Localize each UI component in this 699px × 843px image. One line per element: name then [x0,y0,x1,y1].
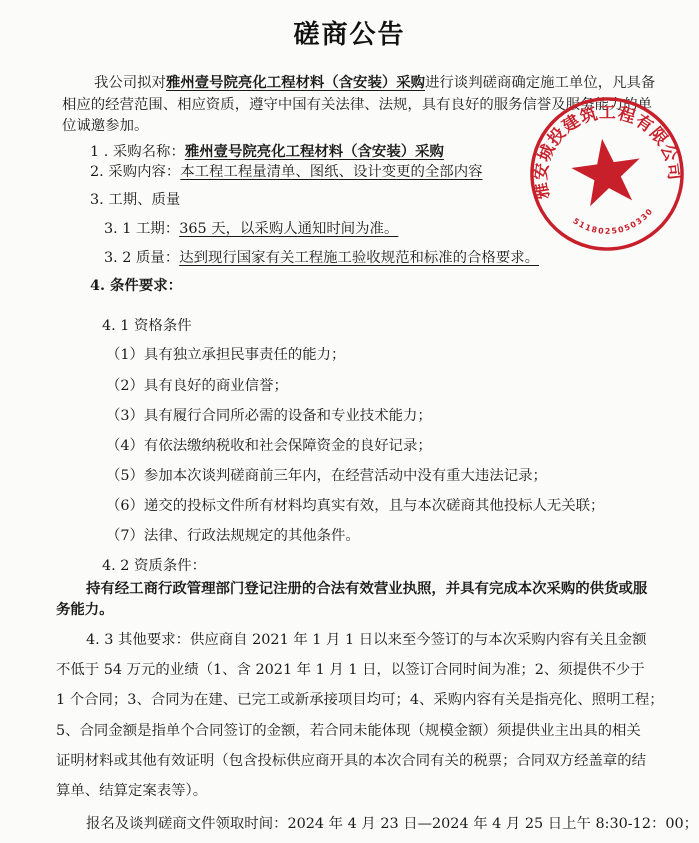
qualification-heading: 4. 1 资格条件 [102,317,192,335]
intro-suffix: 进行谈判磋商确定施工单位，凡具备 [425,75,655,91]
qualification-item: （2）具有良好的商业信誉； [106,377,288,395]
credentials-text-1: 持有经工商行政管理部门登记注册的合法有效营业执照，并具有完成本次采购的供货或服 [86,580,647,598]
document-page: 磋商公告 我公司拟对雅州壹号院亮化工程材料（含安装）采购进行谈判磋商确定施工单位… [0,0,699,843]
company-seal-icon: 雅安城投建筑工程有限公司 5118025050330 [528,95,686,253]
qualification-item: （7）法律、行政法规规定的其他条件。 [106,527,360,545]
qualification-item: （6）递交的投标文件所有材料均真实有效，且与本次磋商其他投标人无关联； [106,497,604,515]
project-name: 雅州壹号院亮化工程材料（含安装）采购 [166,74,425,91]
procurement-content: 2. 采购内容：本工程工程量清单、图纸、设计变更的全部内容 [90,163,482,181]
qualification-item: （3）具有履行合同所必需的设备和专业技术能力； [106,407,432,425]
other-requirements-line: 5、合同金额是指单个合同签订的金额，若合同未能体现（规模金额）须提供业主出具的相… [56,722,641,740]
qualification-item: （4）有依法缴纳税收和社会保障资金的良好记录； [106,437,432,455]
other-requirements-line: 证明材料或其他有效证明（包含投标供应商开具的本次合同有关的税票；合同双方经盖章的… [56,752,646,770]
section-3-heading: 3. 工期、质量 [90,191,180,209]
quality-value: 达到现行国家有关工程施工验收规范和标准的合格要求。 [179,250,539,266]
other-requirements-line: 4. 3 其他要求：供应商自 2021 年 1 月 1 日以来至今签订的与本次采… [86,631,647,649]
intro-prefix: 我公司拟对 [94,75,166,91]
procurement-name-value: 雅州壹号院亮化工程材料（含安装）采购 [185,143,444,160]
qualification-item: （5）参加本次谈判磋商前三年内，在经营活动中没有重大违法记录； [106,467,547,485]
duration: 3. 1 工期：365 天，以采购人通知时间为准。 [104,220,398,238]
other-requirements-line: 不低于 54 万元的业绩（1、含 2021 年 1 月 1 日，以签订合同时间为… [56,661,645,679]
procurement-content-label: 2. 采购内容： [90,164,180,180]
qualification-item: （1）具有独立承担民事责任的能力； [106,346,345,364]
quality: 3. 2 质量：达到现行国家有关工程施工验收规范和标准的合格要求。 [104,249,539,267]
page-title: 磋商公告 [0,14,699,51]
registration-time: 报名及谈判磋商文件领取时间：2024 年 4 月 23 日—2024 年 4 月… [86,815,698,833]
procurement-name: 1 . 采购名称：雅州壹号院亮化工程材料（含安装）采购 [90,143,444,161]
intro-line-3: 位诚邀参加。 [62,117,148,135]
section-4-heading: 4. 条件要求： [90,277,182,295]
credentials-text-2: 务能力。 [56,601,114,619]
intro-line-1: 我公司拟对雅州壹号院亮化工程材料（含安装）采购进行谈判磋商确定施工单位，凡具备 [94,74,655,92]
other-requirements-line: 1 个合同；3、合同为在建、已完工或新承接项目均可；4、采购内容有关是指亮化、照… [56,691,664,709]
procurement-name-label: 1 . 采购名称： [90,144,185,160]
svg-text:5118025050330: 5118025050330 [570,205,657,241]
quality-label: 3. 2 质量： [104,250,179,266]
credentials-heading: 4. 2 资质条件： [102,557,206,575]
procurement-content-value: 本工程工程量清单、图纸、设计变更的全部内容 [180,164,482,180]
duration-value: 365 天，以采购人通知时间为准。 [179,221,398,237]
duration-label: 3. 1 工期： [104,221,179,237]
other-requirements-line: 算单、结算定案表等）。 [56,782,207,800]
